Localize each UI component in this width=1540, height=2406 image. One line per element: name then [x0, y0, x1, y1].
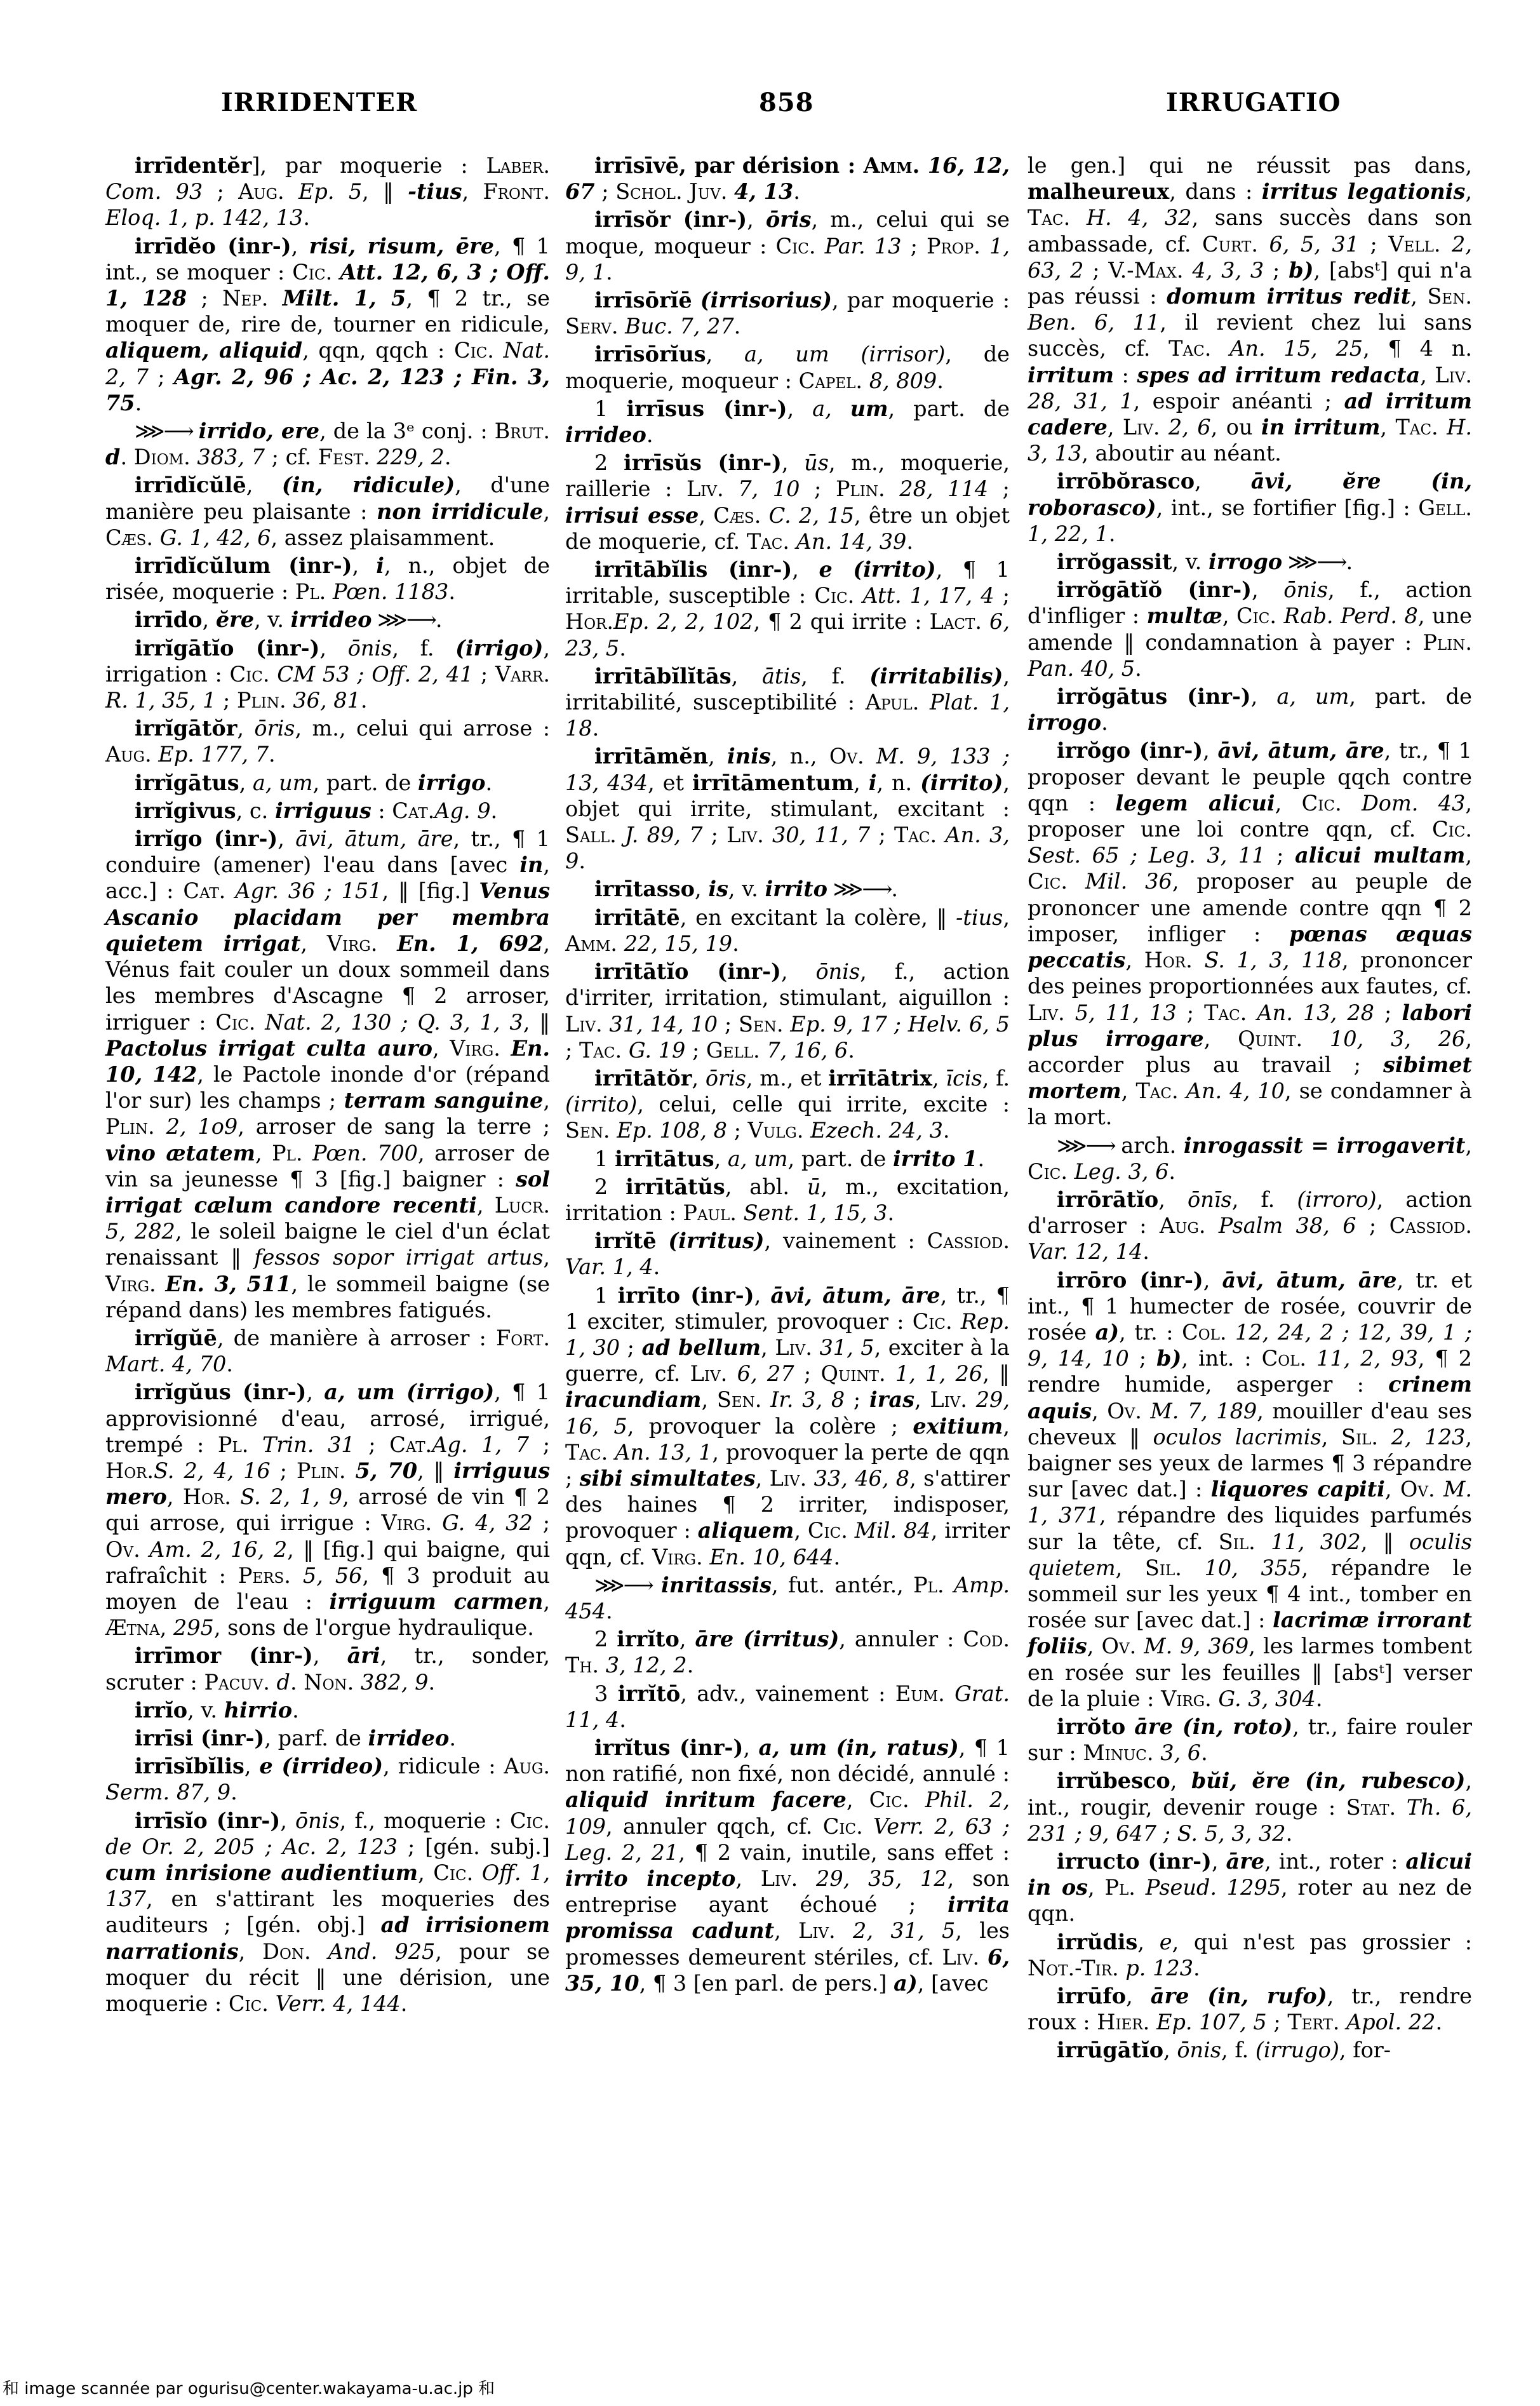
- headword: irrĭtō: [618, 1681, 681, 1706]
- entry-text: .: [848, 1038, 855, 1063]
- entry-text: ;: [845, 1387, 869, 1412]
- entry-text: terram sanguine: [344, 1088, 544, 1113]
- entry-text: le gen.] qui ne réussit pas dans,: [1028, 153, 1472, 178]
- entry-text: .: [809, 234, 825, 259]
- entry-text: .: [1251, 232, 1269, 257]
- headword: irrītātŏr: [594, 1066, 692, 1091]
- entry-text: Ov: [1102, 1634, 1130, 1658]
- entry-text: irrito incepto: [565, 1866, 735, 1891]
- entry-text: Liv: [1028, 1000, 1058, 1025]
- entry-text: ,: [1137, 1930, 1159, 1954]
- headword: irrŏgassit: [1057, 549, 1172, 574]
- entry-text: 5, 70: [355, 1458, 417, 1483]
- headword: irrĭo: [135, 1698, 187, 1723]
- entry-text: .: [834, 1545, 841, 1569]
- entry-text: .: [1371, 1425, 1391, 1449]
- entry-text: Cic: [814, 583, 847, 608]
- entry-text: V.-Max: [1108, 258, 1177, 283]
- entry-text: Cic: [776, 234, 809, 259]
- entry-text: , f.: [801, 664, 869, 689]
- entry-text: .: [428, 798, 435, 823]
- entry-text: 2, 31, 5: [853, 1918, 955, 1943]
- entry-text: .: [278, 179, 298, 204]
- entry-text: , ‖ [fig.]: [382, 878, 479, 903]
- entry-text: .: [791, 1866, 816, 1891]
- entry-text: Liv: [942, 1945, 973, 1970]
- entry-text: ;: [533, 1510, 550, 1535]
- dictionary-entry: irrīsi (inr-), parf. de irrideo.: [105, 1725, 550, 1751]
- entry-text: 1: [594, 396, 626, 421]
- entry-text: , ‖: [523, 1010, 550, 1035]
- entry-text: , m., et: [746, 1066, 828, 1091]
- dictionary-column-2: irrīsīvē, par dérision : Amm. 16, 12, 67…: [565, 152, 1010, 1998]
- entry-text: ōnis: [1177, 2038, 1221, 2062]
- entry-text: .: [906, 529, 913, 554]
- entry-text: ;: [203, 179, 238, 204]
- entry-text: Liv: [775, 1335, 805, 1360]
- entry-text: 1, 22, 1: [1028, 521, 1109, 546]
- entry-text: M. 7, 189: [1150, 1399, 1257, 1423]
- entry-text: ōnis: [295, 1808, 340, 1833]
- entry-text: .: [1465, 1213, 1472, 1238]
- entry-text: irrideo: [368, 1726, 450, 1751]
- entry-text: āri: [347, 1643, 380, 1668]
- entry-text: ,: [543, 1245, 550, 1270]
- entry-text: , parf. de: [264, 1726, 368, 1751]
- entry-text: īcis: [946, 1066, 982, 1091]
- entry-text: ;: [727, 1118, 748, 1143]
- entry-text: , n.: [876, 770, 920, 795]
- entry-text: .: [135, 391, 142, 415]
- entry-text: Cat: [183, 878, 218, 903]
- entry-text: Att. 1, 17, 4: [862, 583, 994, 608]
- entry-text: Rab. Perd. 8: [1283, 603, 1417, 628]
- entry-text: M. 9, 369: [1144, 1634, 1249, 1658]
- entry-text: , ¶ 2 vain, inutile, sans effet :: [678, 1840, 1010, 1865]
- entry-text: Ov: [1400, 1477, 1428, 1502]
- entry-text: .: [269, 742, 276, 767]
- entry-text: Lucr: [495, 1193, 544, 1218]
- entry-text: ,: [246, 473, 282, 497]
- entry-text: Stat: [1346, 1795, 1389, 1820]
- entry-text: ,: [203, 607, 216, 632]
- entry-text: , tr. :: [1119, 1320, 1182, 1345]
- entry-text: Sil: [1341, 1425, 1371, 1449]
- entry-text: Ep. 107, 5: [1156, 2010, 1267, 2034]
- entry-text: āvi, ātum, āre: [1217, 738, 1384, 763]
- entry-text: arch.: [1121, 1133, 1184, 1158]
- entry-text: (in, ridicule): [282, 473, 455, 497]
- dictionary-entry: irrīdentĕr], par moquerie : Laber. Com. …: [105, 152, 550, 231]
- dictionary-entry: irrītasso, is, v. irrito ⋙⟶.: [565, 876, 1010, 902]
- entry-text: .: [290, 1670, 304, 1695]
- entry-text: [1125, 1714, 1134, 1739]
- entry-text: 6, 27: [737, 1361, 794, 1386]
- page-number: 858: [759, 88, 814, 118]
- entry-text: .: [371, 931, 397, 956]
- entry-text: Don: [262, 1939, 304, 1964]
- entry-text: .: [1240, 1000, 1257, 1025]
- entry-text: .: [754, 503, 769, 528]
- entry-text: Sen: [739, 1012, 777, 1037]
- entry-text: 2, 1o9: [166, 1114, 238, 1139]
- entry-text: (irrito): [565, 1092, 637, 1117]
- entry-text: .: [610, 823, 625, 847]
- entry-text: a, um: [1276, 684, 1349, 709]
- headword: irrītātĭo (inr-): [594, 959, 781, 984]
- entry-text: Cassiod: [1389, 1213, 1466, 1238]
- entry-text: .: [1316, 1686, 1323, 1711]
- entry-text: Par. 13: [825, 234, 902, 259]
- dictionary-entry: irrīmor (inr-), āri, tr., sonder, scrute…: [105, 1643, 550, 1695]
- entry-text: Col: [1262, 1346, 1300, 1371]
- entry-text: .: [428, 1670, 435, 1695]
- entry-text: .: [1112, 1956, 1125, 1980]
- entry-text: .: [184, 445, 197, 469]
- headword: irrĭgivus: [135, 798, 236, 823]
- entry-text: .: [653, 1254, 660, 1279]
- entry-text: ,: [462, 179, 483, 204]
- entry-text: Nep: [222, 286, 262, 311]
- entry-text: :: [1114, 363, 1137, 387]
- entry-text: Aug: [238, 179, 278, 204]
- entry-text: Paul: [683, 1200, 730, 1225]
- entry-text: Apul: [866, 690, 913, 715]
- entry-text: .: [721, 1361, 737, 1386]
- entry-text: 6, 5, 31: [1269, 232, 1359, 257]
- entry-text: Tac: [1168, 336, 1205, 361]
- entry-text: .: [425, 1432, 432, 1457]
- entry-text: ,: [1465, 179, 1472, 204]
- headword: irrītāmentum: [692, 770, 854, 795]
- entry-text: oculos lacrimis: [1153, 1425, 1322, 1449]
- entry-text: Not.-Tir: [1028, 1956, 1112, 1980]
- entry-text: Serm. 87, 9: [105, 1780, 231, 1805]
- entry-text: .: [263, 1670, 276, 1695]
- dictionary-entry: irrītābĭlĭtās, ātis, f. (irritabilis), i…: [565, 663, 1010, 742]
- entry-text: .: [425, 1510, 443, 1535]
- entry-text: sibi simultates: [580, 1466, 756, 1491]
- entry-text: , ¶ 3 [en parl. de pers.]: [639, 1971, 894, 1996]
- headword: irrītātŭs: [626, 1174, 725, 1199]
- entry-text: āvi, ātum, āre: [770, 1283, 940, 1308]
- entry-text: Trin. 31: [262, 1432, 355, 1457]
- entry-text: .: [1135, 1399, 1150, 1423]
- entry-text: ,: [1163, 2038, 1177, 2062]
- entry-text: , et: [648, 770, 692, 795]
- entry-text: .: [777, 1012, 790, 1037]
- entry-text: .: [1333, 2010, 1346, 2034]
- entry-text: .: [615, 1038, 629, 1063]
- entry-text: a): [894, 1971, 918, 1996]
- entry-text: Cic: [1302, 791, 1335, 816]
- entry-text: Sent. 1, 15, 3: [744, 1200, 888, 1225]
- entry-text: .: [263, 662, 277, 687]
- entry-text: .: [231, 1780, 238, 1805]
- entry-text: J. 89, 7: [625, 823, 702, 847]
- entry-text: .: [793, 179, 800, 204]
- entry-text: spes ad irritum redacta: [1137, 363, 1420, 387]
- dictionary-entry: irrīsīvē, par dérision : Amm. 16, 12, 67…: [565, 152, 1010, 205]
- entry-text: .: [721, 179, 734, 204]
- entry-text: Ov: [105, 1537, 133, 1562]
- entry-text: ,: [477, 1193, 495, 1218]
- entry-text: ,: [932, 1066, 946, 1091]
- entry-text: Col: [1182, 1320, 1220, 1345]
- dictionary-entry: irrĭgātĭo (inr-), ōnis, f. (irrigo), irr…: [105, 635, 550, 714]
- headword: irructo (inr-): [1057, 1849, 1212, 1874]
- headword: irrōbŏrasco: [1057, 469, 1195, 494]
- dictionary-entry: irrĭgo (inr-), āvi, ātum, āre, tr., ¶ 1 …: [105, 826, 550, 1323]
- entry-text: , f.: [1221, 2038, 1255, 2062]
- entry-text: ātis: [762, 664, 801, 689]
- dictionary-entry: 3 irrĭtō, adv., vainement : Eum. Grat. 1…: [565, 1681, 1010, 1733]
- entry-text: G. 4, 32: [442, 1510, 533, 1535]
- entry-text: , abl.: [725, 1174, 807, 1199]
- entry-text: (irrugo): [1255, 2038, 1339, 2062]
- entry-text: Ep. 2, 2, 102: [613, 609, 753, 634]
- entry-text: 229, 2: [377, 445, 445, 469]
- entry-text: Sen: [1427, 284, 1465, 309]
- entry-text: Non: [304, 1670, 347, 1695]
- entry-text: Com. 93: [105, 179, 203, 204]
- entry-text: , c.: [236, 798, 275, 823]
- cross-reference-arrow-icon: ⋙⟶: [372, 607, 436, 632]
- entry-text: .: [226, 1352, 233, 1376]
- headword: irrĭtus (inr-): [594, 1735, 743, 1760]
- entry-text: Pl: [295, 579, 319, 604]
- headword: irrīmor (inr-): [135, 1643, 313, 1668]
- entry-text: āre (in, rufo): [1151, 1984, 1327, 2008]
- entry-text: , for-: [1339, 2038, 1391, 2062]
- entry-text: -tius: [408, 179, 462, 204]
- entry-text: Virg: [327, 931, 371, 956]
- headword: irrītābĭlĭtās: [594, 664, 732, 689]
- entry-text: .: [543, 179, 550, 204]
- entry-text: .: [1003, 1228, 1010, 1253]
- headword: irrōro (inr-): [1057, 1268, 1203, 1293]
- entry-text: irriguus: [275, 798, 372, 823]
- entry-text: Agr. 36 ; 151: [235, 878, 382, 903]
- entry-text: irrideo: [291, 607, 372, 632]
- dictionary-entry: 1 irrīsus (inr-), a, um, part. de irride…: [565, 396, 1010, 448]
- entry-text: ;: [1177, 1000, 1204, 1025]
- entry-text: , assez plaisamment.: [271, 525, 495, 550]
- dictionary-entry: irrōro (inr-), āvi, ātum, āre, tr. et in…: [1028, 1267, 1472, 1712]
- entry-text: Mil. 36: [1085, 869, 1172, 894]
- headword: irrītasso: [594, 877, 695, 901]
- entry-text: ,: [300, 931, 326, 956]
- entry-text: Hor: [1144, 948, 1186, 972]
- entry-text: ,: [1125, 948, 1144, 972]
- entry-text: ;: [685, 1038, 706, 1063]
- dictionary-entry: irrĭgātŏr, ōris, m., celui qui arrose : …: [105, 715, 550, 767]
- entry-text: .: [319, 579, 333, 604]
- dictionary-entry: irrĭgŭus (inr-), a, um (irrigo), ¶ 1 app…: [105, 1379, 550, 1641]
- entry-text: Liv: [1123, 415, 1153, 440]
- entry-text: ,: [543, 1088, 550, 1113]
- entry-text: ; cf.: [265, 445, 318, 469]
- entry-text: is: [708, 877, 728, 901]
- entry-text: , n.,: [771, 744, 829, 769]
- entry-text: .: [1465, 495, 1472, 520]
- entry-text: irritus legationis: [1262, 179, 1466, 204]
- entry-text: .: [219, 878, 236, 903]
- entry-text: Cat: [389, 1432, 425, 1457]
- entry-text: Tac: [565, 1440, 601, 1465]
- entry-text: .: [543, 1193, 550, 1218]
- entry-text: aliquem: [698, 1518, 794, 1543]
- entry-text: Pactolus irrigat culta auro: [105, 1036, 432, 1061]
- entry-text: , de la 3ᵉ conj. :: [319, 419, 495, 443]
- entry-text: legem alicui: [1115, 791, 1275, 816]
- entry-text: Plin: [836, 476, 878, 501]
- entry-text: ;: [1083, 258, 1108, 283]
- entry-text: An. 14, 39: [796, 529, 907, 554]
- entry-text: ĕre: [216, 607, 254, 632]
- entry-text: ,: [1158, 1187, 1188, 1212]
- entry-text: ,: [543, 499, 550, 524]
- entry-text: , fut. antér.,: [772, 1573, 913, 1597]
- entry-text: .: [606, 260, 613, 285]
- entry-text: Buc. 7, 27: [625, 314, 734, 339]
- dictionary-entry: le gen.] qui ne réussit pas dans, malheu…: [1028, 152, 1472, 466]
- entry-text: ,: [1003, 1414, 1010, 1439]
- entry-text: ]: [251, 153, 260, 178]
- entry-text: [692, 288, 700, 313]
- entry-text: .: [973, 1945, 988, 1970]
- entry-text: alicui multam: [1295, 843, 1465, 868]
- dictionary-entry: irrŏgassit, v. irrogo ⋙⟶.: [1028, 549, 1472, 575]
- entry-text: 5, 56: [303, 1563, 363, 1588]
- entry-text: .: [1168, 1159, 1175, 1184]
- entry-text: .: [1435, 2010, 1442, 2034]
- entry-text: Gell: [706, 1038, 753, 1063]
- entry-text: , qui n'est pas grossier :: [1172, 1930, 1472, 1954]
- entry-text: d: [277, 1670, 290, 1695]
- entry-text: āre (in, roto): [1134, 1714, 1292, 1739]
- entry-text: , part. de: [313, 770, 418, 795]
- entry-text: .: [902, 1787, 925, 1812]
- entry-text: .: [1193, 1956, 1200, 1980]
- entry-text: .: [606, 609, 613, 634]
- entry-text: 10, 355: [1205, 1556, 1302, 1580]
- entry-text: .: [612, 314, 625, 339]
- entry-text: b): [1289, 258, 1313, 283]
- entry-text: ,: [160, 1615, 173, 1640]
- entry-text: vino ætatem: [105, 1141, 255, 1166]
- dictionary-entry: irrītātē, en excitant la colère, ‖ -tius…: [565, 904, 1010, 957]
- entry-text: Ezech. 24, 3: [810, 1118, 943, 1143]
- entry-text: e (irrito): [819, 557, 936, 582]
- entry-text: ,: [854, 770, 869, 795]
- entry-text: Cic: [1236, 603, 1269, 628]
- entry-text: ,: [352, 553, 377, 578]
- entry-text: Ov: [1107, 1399, 1135, 1423]
- entry-text: ,: [1251, 684, 1277, 709]
- entry-text: , int., roter :: [1264, 1849, 1405, 1874]
- entry-text: b): [1156, 1346, 1181, 1371]
- entry-text: (irroro): [1297, 1187, 1376, 1212]
- entry-text: .: [755, 1387, 770, 1412]
- entry-text: Cæs: [105, 525, 146, 550]
- entry-text: .: [857, 744, 876, 769]
- entry-text: , ‖: [1361, 1529, 1409, 1554]
- entry-text: .: [148, 1114, 166, 1139]
- entry-text: a, um (irrisor): [744, 342, 945, 366]
- entry-text: ,: [1420, 363, 1435, 387]
- entry-text: .: [1143, 2010, 1156, 2034]
- entry-text: 33, 46, 8: [814, 1466, 910, 1491]
- entry-text: .: [1109, 521, 1116, 546]
- entry-text: ,: [543, 1589, 550, 1614]
- entry-text: , aboutir au néant.: [1081, 441, 1282, 466]
- headword: irrīsus (inr-): [626, 396, 787, 421]
- entry-text: Pl: [218, 1432, 242, 1457]
- entry-text: ,: [761, 1335, 775, 1360]
- page-header: IRRIDENTER 858 IRRUGATIO: [0, 88, 1540, 126]
- entry-text: irrideo: [565, 422, 646, 447]
- entry-text: , arroser de sang la terre ;: [238, 1114, 550, 1139]
- headword: irrŭbesco: [1057, 1768, 1170, 1793]
- cross-reference-arrow-icon: ⋙⟶: [594, 1573, 661, 1597]
- entry-text: Cic: [823, 1814, 856, 1839]
- dictionary-entry: irrŏto āre (in, roto), tr., faire rouler…: [1028, 1714, 1472, 1766]
- entry-text: i: [376, 553, 384, 578]
- dictionary-entry: irrĭtē (irritus), vainement : Cassiod. V…: [565, 1228, 1010, 1280]
- entry-text: 11, 302: [1271, 1529, 1361, 1554]
- entry-text: 1: [594, 1146, 615, 1171]
- headword: irrīsōrĭē: [594, 288, 692, 313]
- entry-text: .: [782, 529, 796, 554]
- dictionary-entry: irrĭgivus, c. irriguus : Cat.Ag. 9.: [105, 798, 550, 824]
- entry-text: (irrito): [920, 770, 1003, 795]
- entry-text: inritassis: [661, 1573, 772, 1597]
- entry-text: ;: [595, 179, 616, 204]
- entry-text: Serv: [565, 314, 612, 339]
- entry-text: , dans :: [1169, 179, 1262, 204]
- entry-text: .: [753, 1038, 767, 1063]
- entry-text: , par moquerie :: [832, 288, 1010, 313]
- headword: malheureux: [1028, 179, 1169, 204]
- entry-text: ; [gén. subj.]: [398, 1834, 550, 1859]
- entry-text: Cic: [1028, 1159, 1061, 1184]
- entry-text: .: [146, 525, 159, 550]
- entry-text: irrogo: [1028, 710, 1101, 735]
- entry-text: ,: [278, 826, 295, 851]
- entry-text: Vulg: [748, 1118, 797, 1143]
- dictionary-entry: irrŏgo (inr-), āvi, ātum, āre, tr., ¶ 1 …: [1028, 737, 1472, 1130]
- entry-text: 31, 14, 10: [609, 1012, 718, 1037]
- entry-text: ,: [1465, 843, 1472, 868]
- dictionary-entry: irrīsŏr (inr-), ōris, m., celui qui se m…: [565, 206, 1010, 285]
- entry-text: Fort: [496, 1326, 543, 1350]
- headword: irrīdĭcŭlē: [135, 473, 246, 497]
- entry-text: Dom. 43: [1362, 791, 1465, 816]
- entry-text: .: [1130, 1634, 1144, 1658]
- entry-text: ,: [782, 450, 804, 475]
- headword: irrŏgātĭŏ (inr-): [1057, 577, 1252, 602]
- entry-text: 31, 5: [819, 1335, 874, 1360]
- entry-text: ;: [565, 1038, 579, 1063]
- entry-text: ;: [620, 1335, 641, 1360]
- entry-text: .: [1201, 1740, 1208, 1765]
- entry-text: ;: [1267, 2010, 1288, 2034]
- entry-text: ōnis: [348, 636, 392, 661]
- entry-text: Cic: [215, 1010, 248, 1035]
- headword: irrīsĭbĭlis: [135, 1754, 244, 1778]
- entry-text: .: [730, 1200, 743, 1225]
